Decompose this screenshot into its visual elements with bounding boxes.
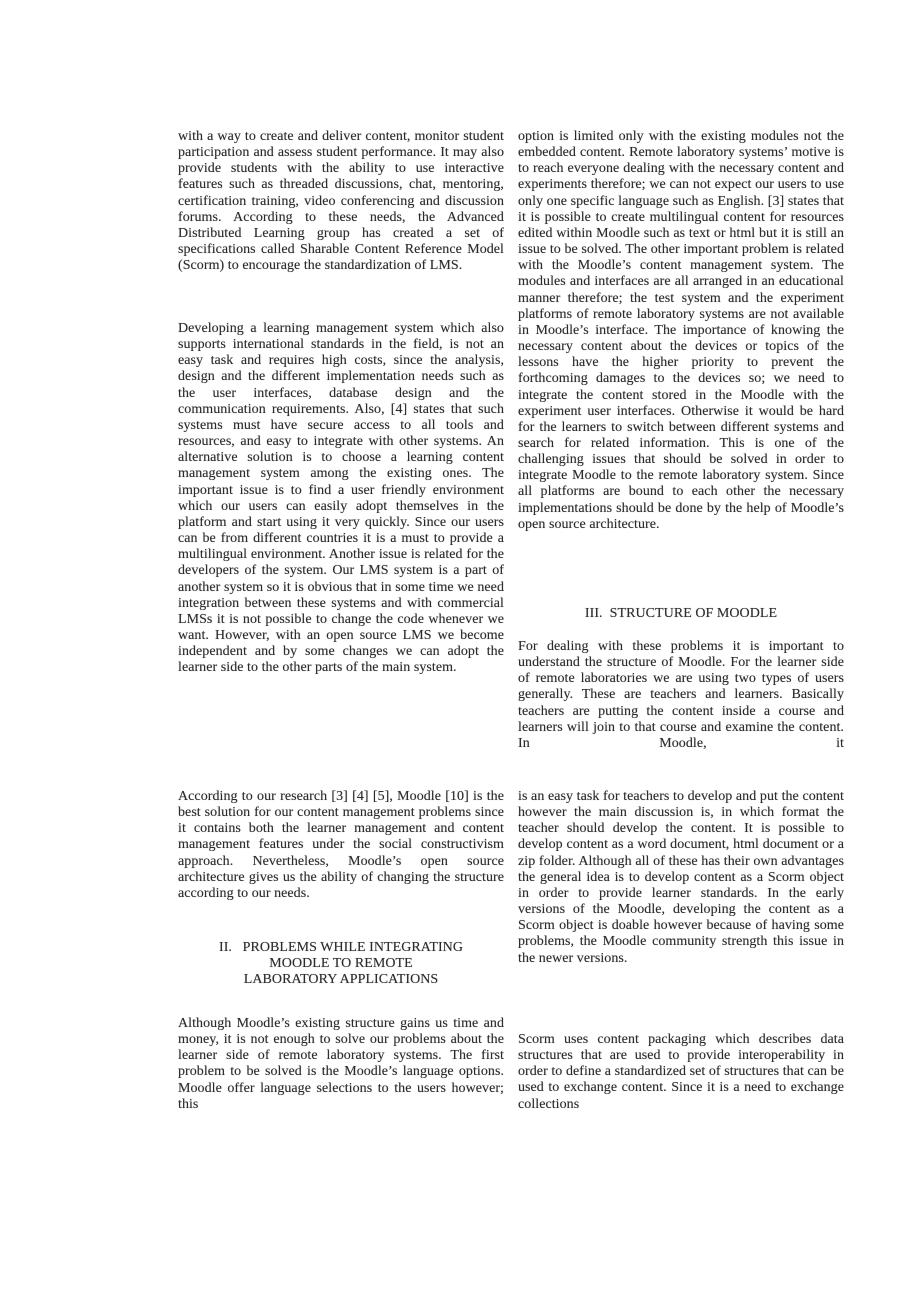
right-paragraph-2: For dealing with these problems it is im…	[518, 639, 844, 752]
right-paragraph-3: is an easy task for teachers to develop …	[518, 789, 844, 967]
section-heading-ii-line-1: II. PROBLEMS WHILE INTEGRATING	[178, 940, 504, 956]
right-paragraph-1: option is limited only with the existing…	[518, 129, 844, 533]
section-heading-ii: II. PROBLEMS WHILE INTEGRATING MOODLE TO…	[178, 940, 504, 988]
left-paragraph-3: According to our research [3] [4] [5], M…	[178, 789, 504, 902]
left-paragraph-4: Although Moodle’s existing structure gai…	[178, 1016, 504, 1113]
left-paragraph-1: with a way to create and deliver content…	[178, 129, 504, 274]
section-heading-iii: III. STRUCTURE OF MOODLE	[518, 606, 844, 622]
left-paragraph-2: Developing a learning management system …	[178, 321, 504, 676]
right-paragraph-4: Scorm uses content packaging which descr…	[518, 1032, 844, 1113]
section-heading-ii-line-2: MOODLE TO REMOTE	[178, 956, 504, 972]
section-heading-ii-line-3: LABORATORY APPLICATIONS	[178, 972, 504, 988]
paper-page: with a way to create and deliver content…	[0, 0, 920, 1302]
